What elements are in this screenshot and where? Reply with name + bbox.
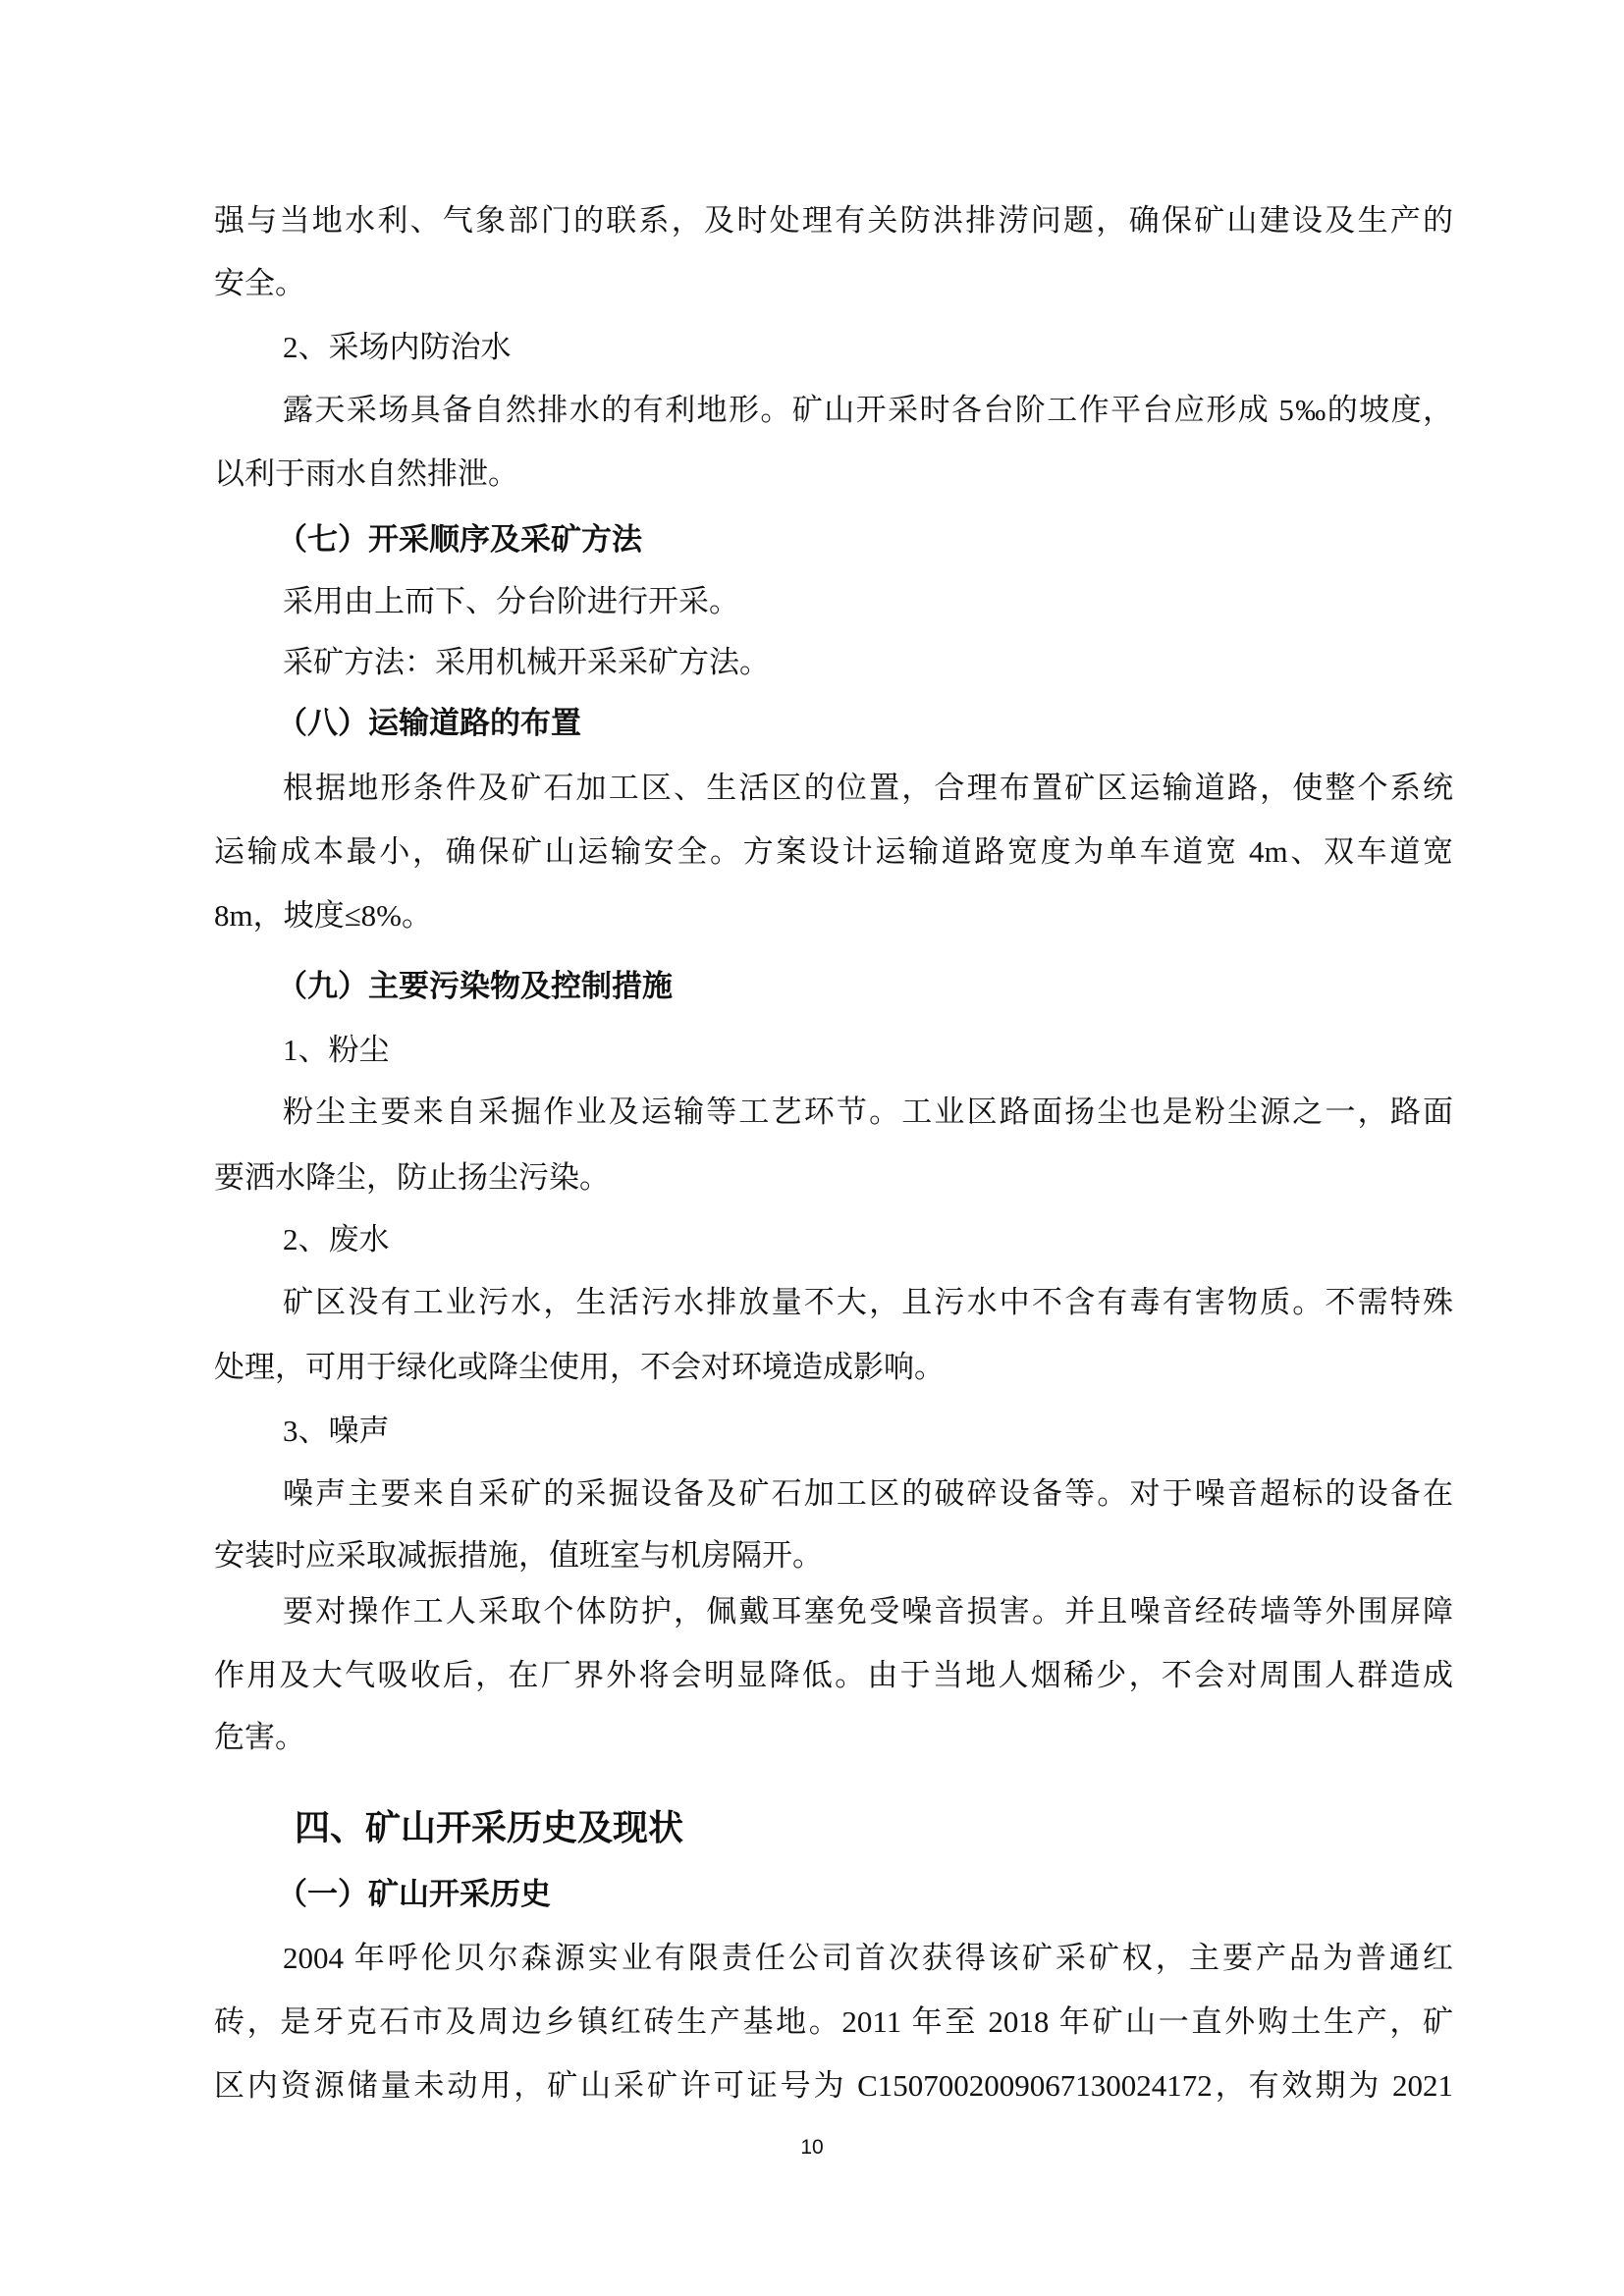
paragraph-line: 要洒水降尘，防止扬尘污染。 [214,1158,1453,1198]
paragraph-line: 2004 年呼伦贝尔森源实业有限责任公司首次获得该矿采矿权，主要产品为普通红 [283,1939,1453,1978]
list-item-title: 3、噪声 [283,1412,1453,1451]
paragraph-line: 处理，可用于绿化或降尘使用，不会对环境造成影响。 [214,1348,1453,1387]
paragraph-line: 强与当地水利、气象部门的联系，及时处理有关防洪排涝问题，确保矿山建设及生产的 [214,201,1453,240]
paragraph-line: 运输成本最小，确保矿山运输安全。方案设计运输道路宽度为单车道宽 4m、双车道宽 [214,832,1453,872]
paragraph-line: 作用及大气吸收后，在厂界外将会明显降低。由于当地人烟稀少，不会对周围人群造成 [214,1656,1453,1695]
paragraph-line: 根据地形条件及矿石加工区、生活区的位置，合理布置矿区运输道路，使整个系统 [283,769,1453,808]
list-item-title: 2、采场内防治水 [283,328,1453,367]
section-subheading: （九）主要污染物及控制措施 [277,967,1453,1006]
section-subheading: （一）矿山开采历史 [277,1875,1453,1914]
paragraph-line: 采矿方法：采用机械开采采矿方法。 [283,643,1453,682]
paragraph-line: 砖，是牙克石市及周边乡镇红砖生产基地。2011 年至 2018 年矿山一直外购土… [214,2002,1453,2042]
list-item-title: 2、废水 [283,1220,1453,1259]
paragraph-line: 以利于雨水自然排泄。 [214,454,1453,494]
document-page: 强与当地水利、气象部门的联系，及时处理有关防洪排涝问题，确保矿山建设及生产的 安… [0,0,1624,2296]
paragraph-line: 采用由上而下、分台阶进行开采。 [283,582,1453,621]
paragraph-line: 粉尘主要来自采掘作业及运输等工艺环节。工业区路面扬尘也是粉尘源之一，路面 [283,1093,1453,1132]
paragraph-line: 露天采场具备自然排水的有利地形。矿山开采时各台阶工作平台应形成 5‰的坡度， [283,391,1453,430]
list-item-title: 1、粉尘 [283,1031,1453,1070]
paragraph-line: 8m，坡度≤8%。 [214,896,1453,935]
paragraph-line: 安全。 [214,264,1453,303]
paragraph-line: 安装时应采取减振措施，值班室与机房隔开。 [214,1536,1453,1575]
paragraph-line: 矿区没有工业污水，生活污水排放量不大，且污水中不含有毒有害物质。不需特殊 [283,1283,1453,1322]
section-subheading: （七）开采顺序及采矿方法 [277,520,1453,560]
section-heading: 四、矿山开采历史及现状 [295,1804,1453,1851]
paragraph-line: 危害。 [214,1718,1453,1757]
page-number: 10 [763,2136,861,2160]
paragraph-line: 区内资源储量未动用，矿山采矿许可证号为 C1507002009067130024… [214,2066,1453,2106]
section-subheading: （八）运输道路的布置 [277,704,1453,743]
paragraph-line: 噪声主要来自采矿的采掘设备及矿石加工区的破碎设备等。对于噪音超标的设备在 [283,1474,1453,1514]
paragraph-line: 要对操作工人采取个体防护，佩戴耳塞免受噪音损害。并且噪音经砖墙等外围屏障 [283,1592,1453,1631]
